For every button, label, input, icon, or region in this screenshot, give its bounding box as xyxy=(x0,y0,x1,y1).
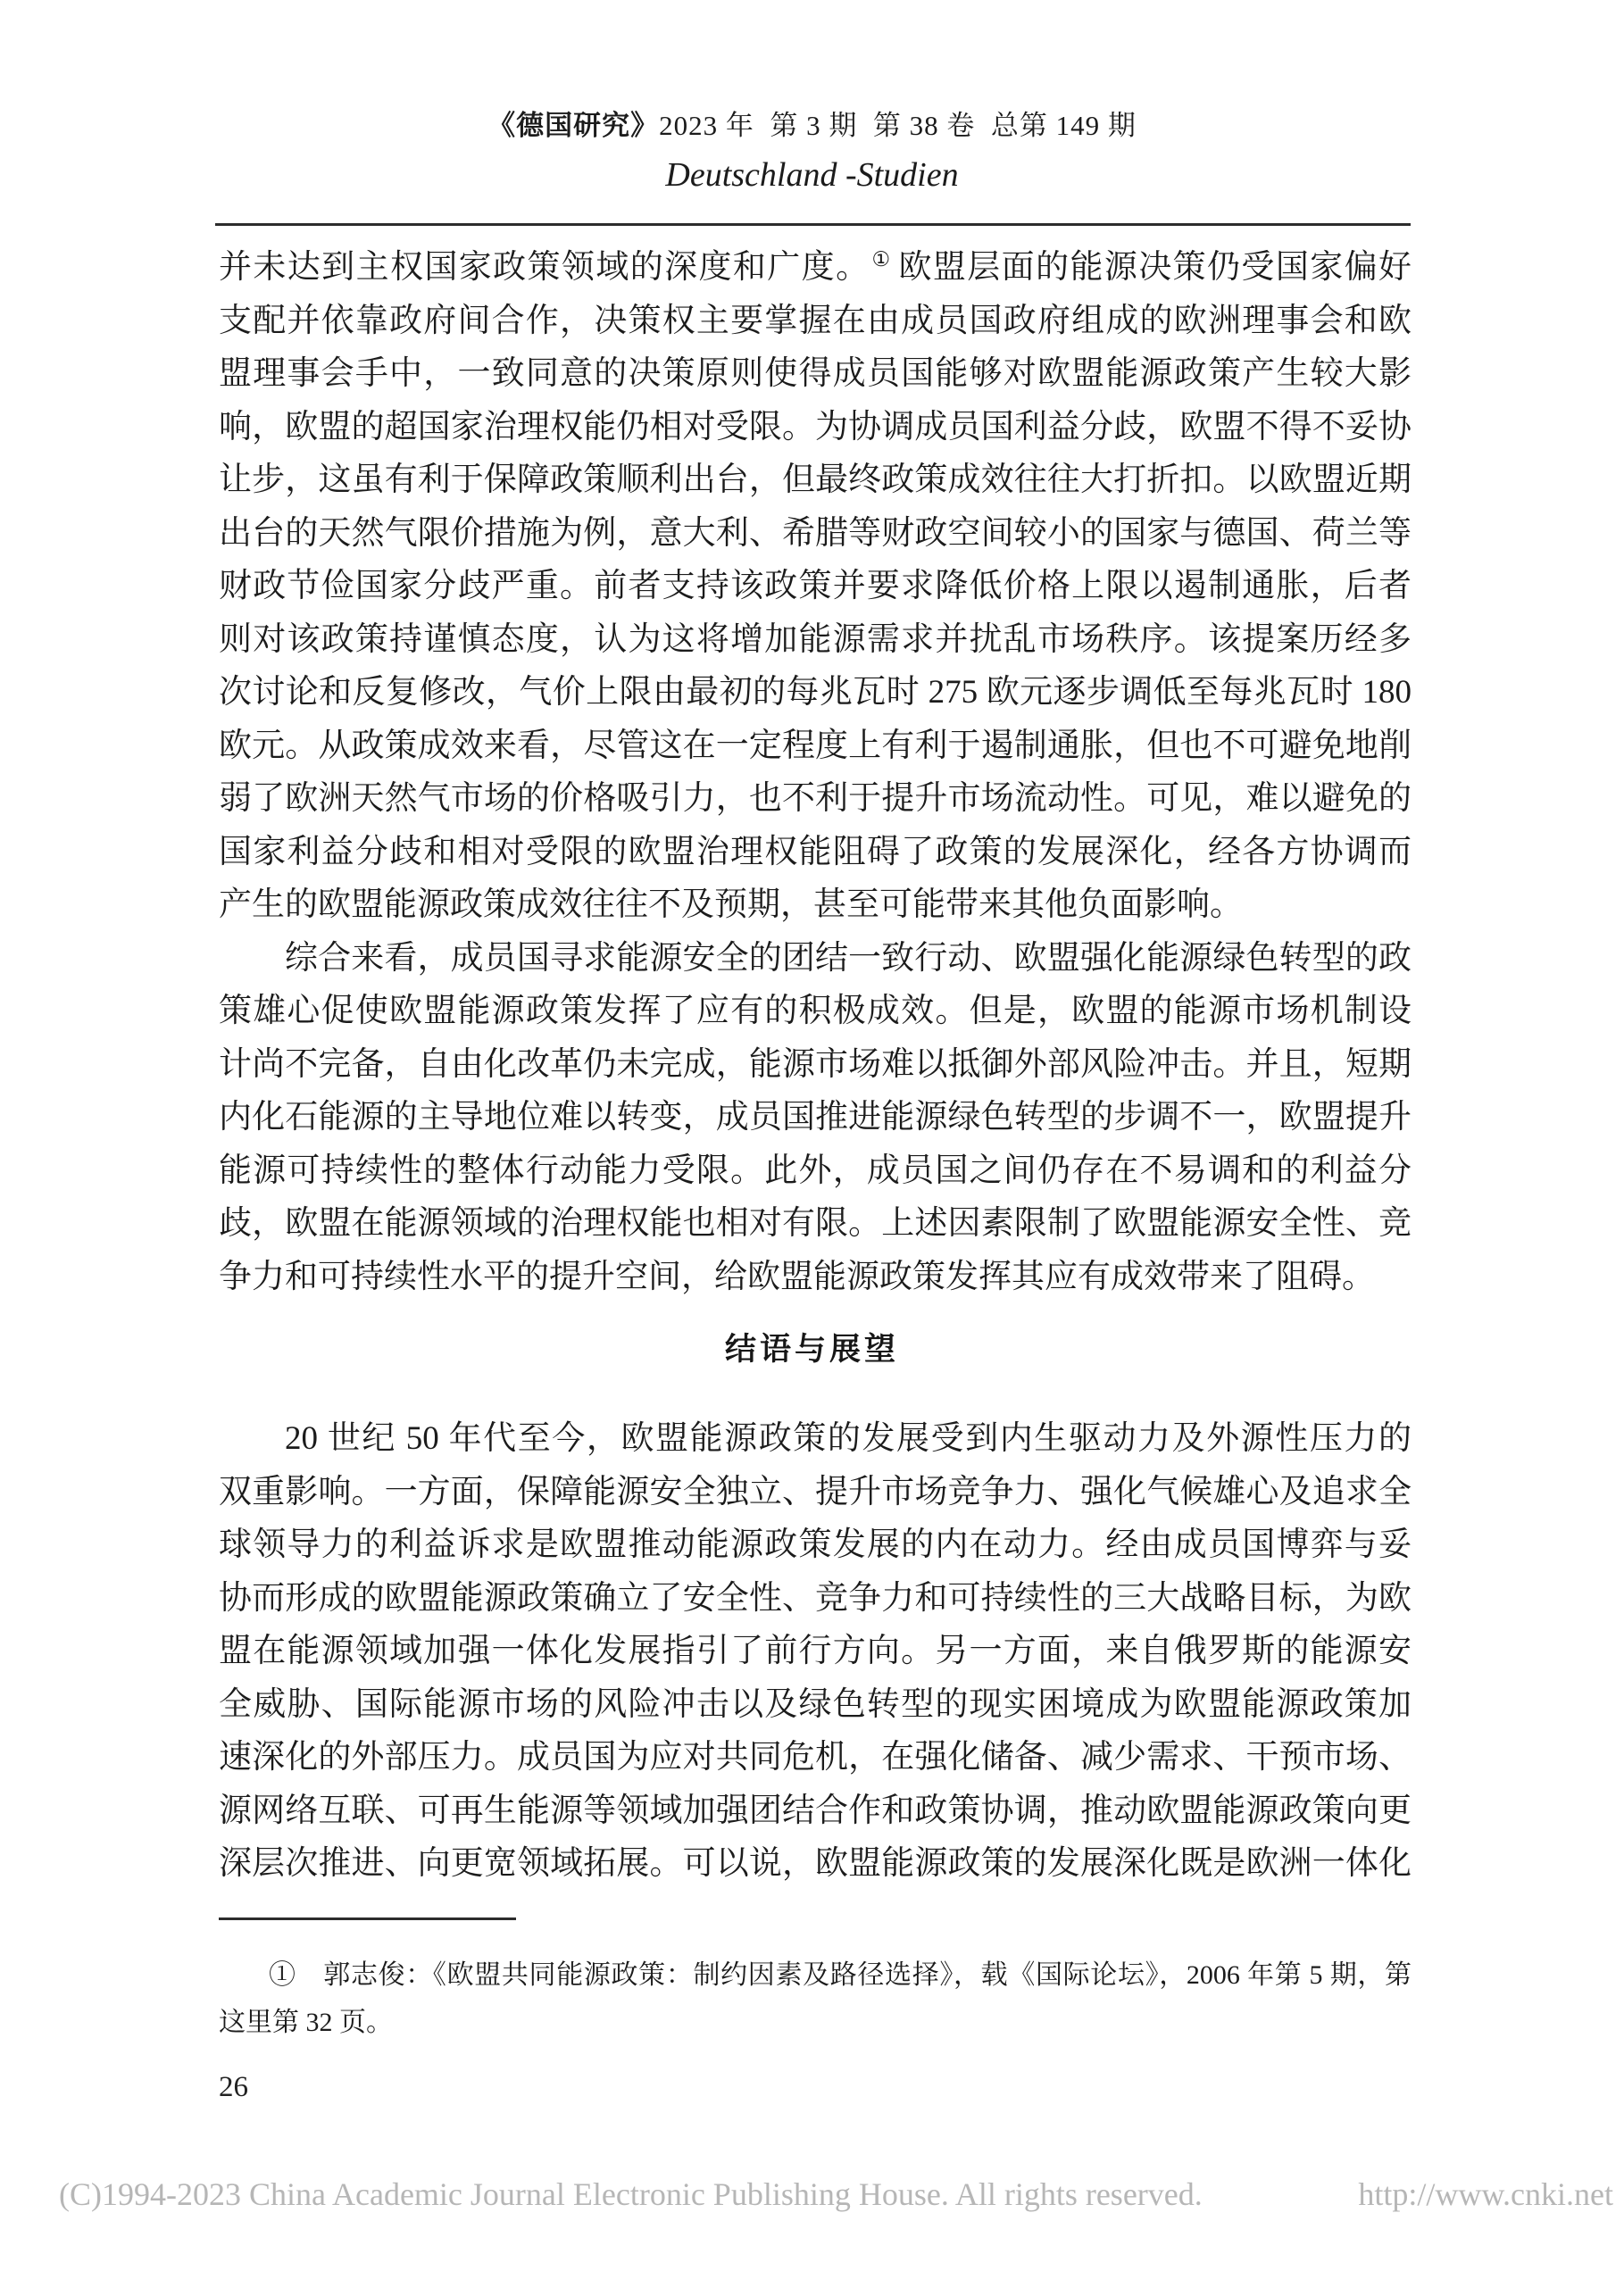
text-line: 球领导力的利益诉求是欧盟推动能源政策发展的内在动力。经由成员国博弈与妥 xyxy=(219,1518,1412,1572)
text-line: 协而形成的欧盟能源政策确立了安全性、竞争力和可持续性的三大战略目标，为欧 xyxy=(219,1572,1412,1626)
page-number: 26 xyxy=(219,2071,248,2104)
text-line: 产生的欧盟能源政策成效往往不及预期，甚至可能带来其他负面影响。 xyxy=(219,878,1412,932)
issue-info: 2023 年 第 3 期 第 38 卷 总第 149 期 xyxy=(659,110,1137,141)
text-line: 双重影响。一方面，保障能源安全独立、提升市场竞争力、强化气候雄心及追求全 xyxy=(219,1466,1412,1519)
text-line: 能源可持续性的整体行动能力受限。此外，成员国之间仍存在不易调和的利益分 xyxy=(219,1144,1412,1198)
text-line: 弱了欧洲天然气市场的价格吸引力，也不利于提升市场流动性。可见，难以避免的 xyxy=(219,772,1412,826)
text-line: 歧，欧盟在能源领域的治理权能也相对有限。上述因素限制了欧盟能源安全性、竞 xyxy=(219,1197,1412,1251)
text-line: 欧元。从政策成效来看，尽管这在一定程度上有利于遏制通胀，但也不可避免地削 xyxy=(219,720,1412,773)
text-line: 则对该政策持谨慎态度，认为这将增加能源需求并扰乱市场秩序。该提案历经多 xyxy=(219,613,1412,667)
footnote-line: 这里第 32 页。 xyxy=(219,1999,1412,2046)
text-line: 响，欧盟的超国家治理权能仍相对受限。为协调成员国利益分歧，欧盟不得不妥协 xyxy=(219,401,1412,454)
journal-issue-line: 《德国研究》2023 年 第 3 期 第 38 卷 总第 149 期 xyxy=(0,107,1624,145)
journal-title: 《德国研究》 xyxy=(487,110,659,141)
journal-subtitle: Deutschland -Studien xyxy=(0,154,1624,196)
cnki-url: http://www.cnki.net xyxy=(1358,2175,1613,2213)
header-rule xyxy=(215,223,1411,226)
text-line: 财政节俭国家分歧严重。前者支持该政策并要求降低价格上限以遏制通胀，后者 xyxy=(219,560,1412,613)
text-line: 计尚不完备，自由化改革仍未完成，能源市场难以抵御外部风险冲击。并且，短期 xyxy=(219,1038,1412,1092)
text-line: 争力和可持续性水平的提升空间，给欧盟能源政策发挥其应有成效带来了阻碍。 xyxy=(219,1251,1412,1304)
text-line: 国家利益分歧和相对受限的欧盟治理权能阻碍了政策的发展深化，经各方协调而 xyxy=(219,826,1412,879)
text-line: 并未达到主权国家政策领域的深度和广度。①欧盟层面的能源决策仍受国家偏好 xyxy=(219,241,1412,295)
body-text-continued: 20 世纪 50 年代至今，欧盟能源政策的发展受到内生驱动力及外源性压力的 双重… xyxy=(219,1412,1412,1891)
text-line: 出台的天然气限价措施为例，意大利、希腊等财政空间较小的国家与德国、荷兰等 xyxy=(219,507,1412,561)
footnote-separator xyxy=(219,1917,516,1920)
text-line: 让步，这虽有利于保障政策顺利出台，但最终政策成效往往大打折扣。以欧盟近期 xyxy=(219,453,1412,507)
text-line: 次讨论和反复修改，气价上限由最初的每兆瓦时 275 欧元逐步调低至每兆瓦时 18… xyxy=(219,666,1412,720)
text-segment: 欧盟层面的能源决策仍受国家偏好 xyxy=(899,249,1412,286)
text-line: 综合来看，成员国寻求能源安全的团结一致行动、欧盟强化能源绿色转型的政 xyxy=(219,932,1412,986)
text-line: 深层次推进、向更宽领域拓展。可以说，欧盟能源政策的发展深化既是欧洲一体化 xyxy=(219,1837,1412,1891)
running-head: 《德国研究》2023 年 第 3 期 第 38 卷 总第 149 期 Deuts… xyxy=(0,107,1624,196)
text-line: 源网络互联、可再生能源等领域加强团结合作和政策协调，推动欧盟能源政策向更 xyxy=(219,1784,1412,1838)
text-line: 策雄心促使欧盟能源政策发挥了应有的积极成效。但是，欧盟的能源市场机制设 xyxy=(219,985,1412,1038)
journal-page: 《德国研究》2023 年 第 3 期 第 38 卷 总第 149 期 Deuts… xyxy=(0,0,1624,2271)
text-line: 内化石能源的主导地位难以转变，成员国推进能源绿色转型的步调不一，欧盟提升 xyxy=(219,1091,1412,1144)
text-line: 盟理事会手中，一致同意的决策原则使得成员国能够对欧盟能源政策产生较大影 xyxy=(219,347,1412,401)
text-line: 全威胁、国际能源市场的风险冲击以及绿色转型的现实困境成为欧盟能源政策加 xyxy=(219,1678,1412,1732)
footnote-marker: ① xyxy=(871,248,891,270)
text-segment: 并未达到主权国家政策领域的深度和广度。 xyxy=(219,249,870,286)
section-heading: 结语与展望 xyxy=(0,1330,1624,1369)
copyright-bar: (C)1994-2023 China Academic Journal Elec… xyxy=(59,2175,1613,2213)
footnote-line: ① 郭志俊：《欧盟共同能源政策：制约因素及路径选择》，载《国际论坛》，2006 … xyxy=(219,1951,1412,1999)
text-line: 支配并依靠政府间合作，决策权主要掌握在由成员国政府组成的欧洲理事会和欧 xyxy=(219,295,1412,348)
text-line: 20 世纪 50 年代至今，欧盟能源政策的发展受到内生驱动力及外源性压力的 xyxy=(219,1412,1412,1466)
text-line: 速深化的外部压力。成员国为应对共同危机，在强化储备、减少需求、干预市场、能 xyxy=(219,1731,1412,1784)
footnote: ① 郭志俊：《欧盟共同能源政策：制约因素及路径选择》，载《国际论坛》，2006 … xyxy=(219,1951,1412,2046)
text-line: 盟在能源领域加强一体化发展指引了前行方向。另一方面，来自俄罗斯的能源安 xyxy=(219,1625,1412,1678)
body-text: 并未达到主权国家政策领域的深度和广度。①欧盟层面的能源决策仍受国家偏好 支配并依… xyxy=(219,241,1412,1303)
copyright-notice: (C)1994-2023 China Academic Journal Elec… xyxy=(59,2175,1203,2213)
